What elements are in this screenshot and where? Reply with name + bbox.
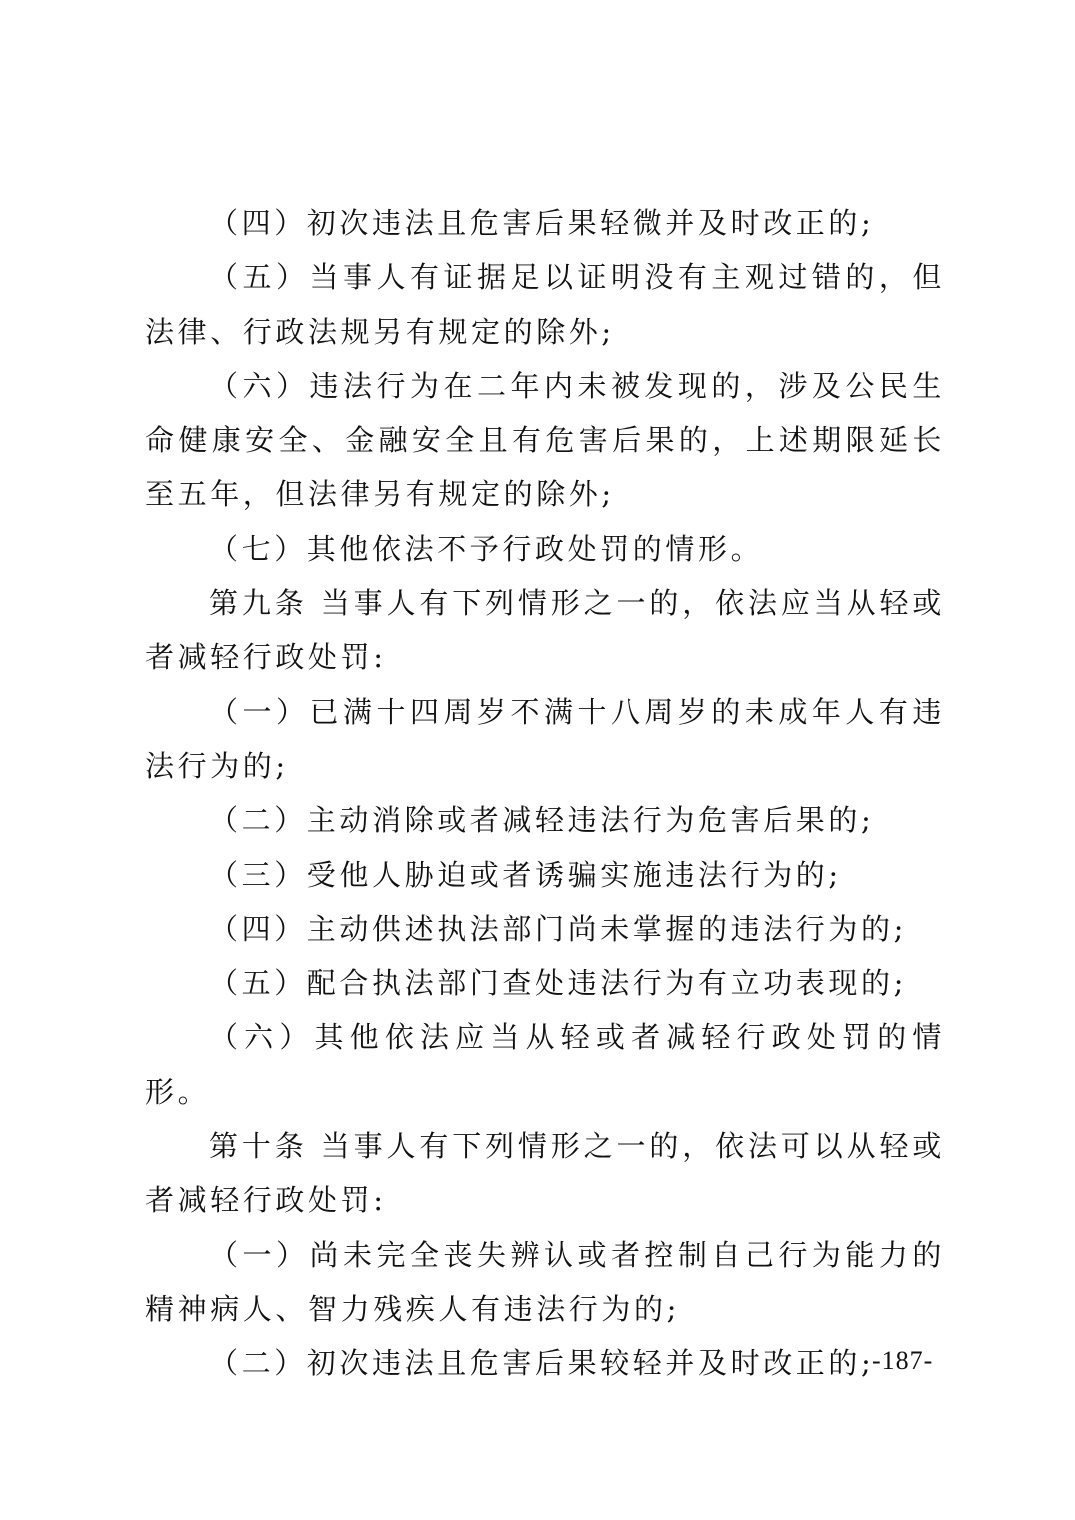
document-body: （四）初次违法且危害后果轻微并及时改正的; （五）当事人有证据足以证明没有主观过… xyxy=(145,196,945,1391)
article-9-item-4: （四）主动供述执法部门尚未掌握的违法行为的; xyxy=(145,902,945,956)
article-9-item-6: （六）其他依法应当从轻或者减轻行政处罚的情形。 xyxy=(145,1010,945,1119)
article-9-heading: 第九条 当事人有下列情形之一的，依法应当从轻或者减轻行政处罚: xyxy=(145,576,945,685)
article-10-item-2: （二）初次违法且危害后果较轻并及时改正的; xyxy=(145,1336,945,1390)
article-9-item-1: （一）已满十四周岁不满十八周岁的未成年人有违法行为的; xyxy=(145,685,945,794)
article-10-item-1: （一）尚未完全丧失辨认或者控制自己行为能力的精神病人、智力残疾人有违法行为的; xyxy=(145,1228,945,1337)
list-item-6-two-year-limit: （六）违法行为在二年内未被发现的，涉及公民生命健康安全、金融安全且有危害后果的，… xyxy=(145,359,945,522)
list-item-4-minor-first-offense: （四）初次违法且危害后果轻微并及时改正的; xyxy=(145,196,945,250)
article-9-item-5: （五）配合执法部门查处违法行为有立功表现的; xyxy=(145,956,945,1010)
document-page: （四）初次违法且危害后果轻微并及时改正的; （五）当事人有证据足以证明没有主观过… xyxy=(0,0,1075,1520)
article-9-item-3: （三）受他人胁迫或者诱骗实施违法行为的; xyxy=(145,848,945,902)
list-item-7-other-no-penalty: （七）其他依法不予行政处罚的情形。 xyxy=(145,522,945,576)
page-number: -187- xyxy=(872,1346,933,1376)
article-9-item-2: （二）主动消除或者减轻违法行为危害后果的; xyxy=(145,793,945,847)
list-item-5-no-subjective-fault: （五）当事人有证据足以证明没有主观过错的，但法律、行政法规另有规定的除外; xyxy=(145,250,945,359)
article-10-heading: 第十条 当事人有下列情形之一的，依法可以从轻或者减轻行政处罚: xyxy=(145,1119,945,1228)
